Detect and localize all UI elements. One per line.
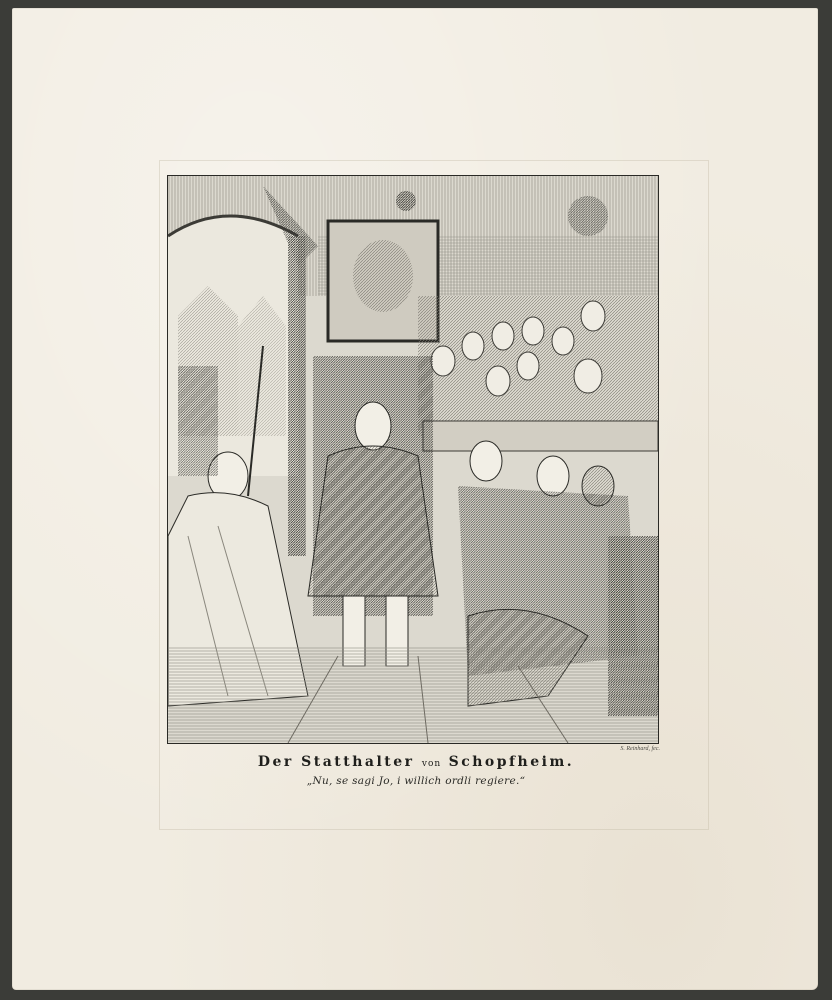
caption-title-main: Der Statthalter [258, 754, 415, 770]
artist-signature: S. Reinhard, fec. [598, 746, 660, 752]
caption-title-place: Schopfheim. [449, 754, 575, 770]
engraving-illustration [168, 176, 658, 743]
caption-title: Der Statthalter von Schopfheim. [0, 754, 832, 770]
caption-quote: „Nu, se sagi Jo, i willich ordli regiere… [0, 775, 832, 787]
caption-title-connector: von [422, 759, 441, 769]
engraving-image [167, 175, 659, 744]
